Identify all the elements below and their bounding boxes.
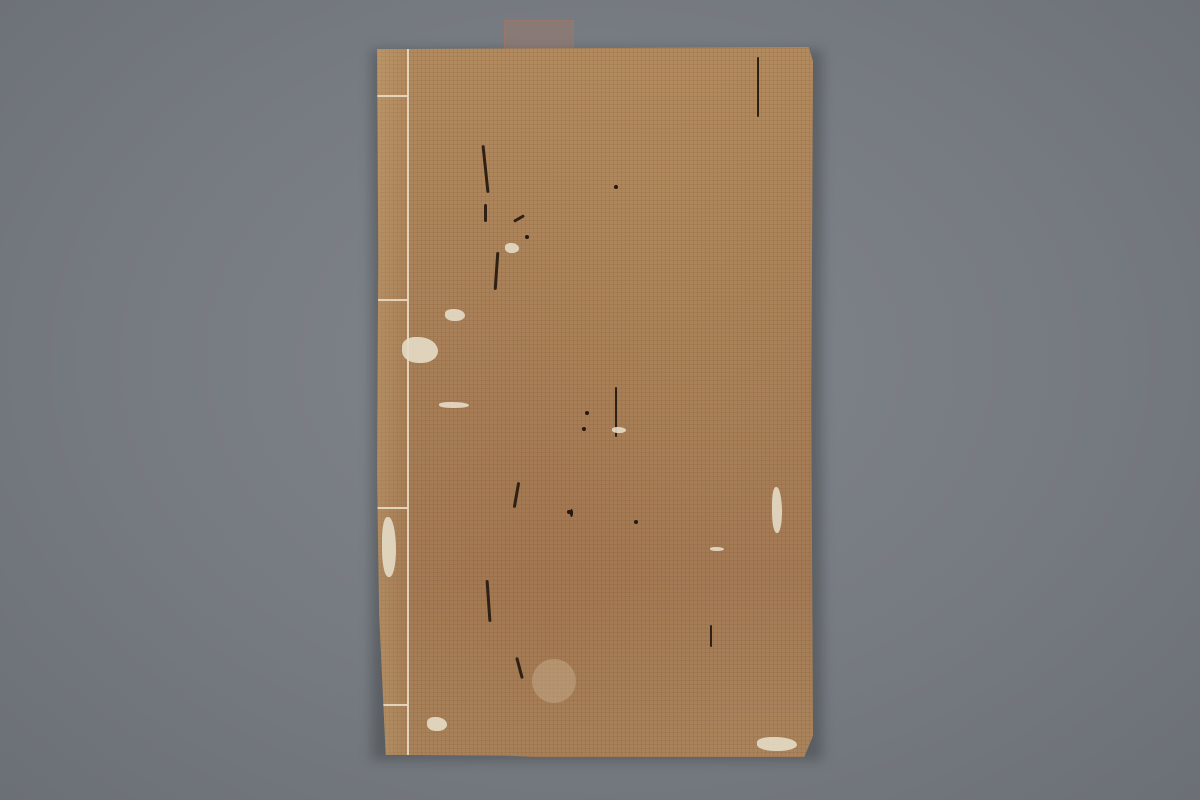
wormhole-dot	[582, 427, 586, 431]
photo-stage: Photograph of a worn, thread-bound (stit…	[0, 0, 1200, 800]
stain	[532, 659, 576, 703]
wormhole-damage	[513, 214, 525, 223]
wormhole-damage	[481, 145, 489, 193]
wormhole-dot	[634, 520, 638, 524]
wormhole-dot	[570, 509, 573, 517]
book-cover	[377, 47, 813, 757]
wormhole-damage	[486, 580, 492, 622]
wormhole-damage	[515, 657, 524, 679]
paper-flake-damage	[402, 337, 438, 363]
binding-stitch	[377, 299, 408, 301]
wormhole-dot	[614, 185, 618, 189]
binding-stitch	[377, 507, 408, 509]
paper-flake-damage	[445, 309, 465, 321]
wormhole-dot	[525, 235, 529, 239]
paper-flake-damage	[505, 243, 519, 253]
paper-flake-damage	[757, 737, 797, 751]
wormhole-damage	[513, 482, 520, 508]
wormhole-damage	[484, 204, 487, 222]
binding-stitch	[377, 95, 408, 97]
wormhole-damage	[494, 252, 500, 290]
book-spine	[377, 47, 407, 757]
paper-flake-damage	[439, 402, 469, 408]
wormhole-dot	[585, 411, 589, 415]
wormhole-damage	[710, 625, 712, 647]
paper-flake-damage	[772, 487, 782, 533]
paper-flake-damage	[710, 547, 724, 551]
paper-flake-damage	[427, 717, 447, 731]
wormhole-damage	[757, 57, 759, 117]
binding-thread-vertical	[407, 47, 409, 757]
paper-flake-damage	[612, 427, 626, 433]
